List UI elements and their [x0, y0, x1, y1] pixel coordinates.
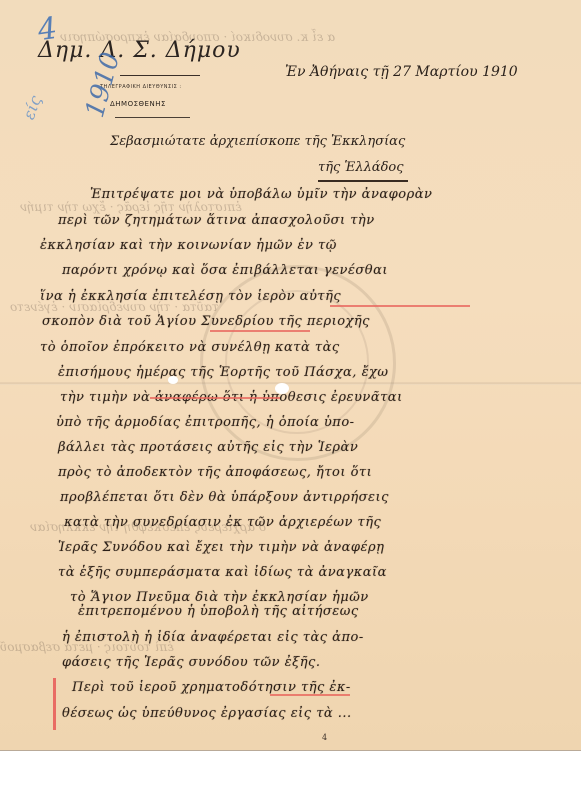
red-underline: [330, 305, 470, 307]
bleed-through-text: ἐπιστολὴν τῆς ἱερᾶς · ἔχω τὴν τιμήν: [20, 200, 242, 214]
letterhead-name: Δημ. Λ. Σ. Δήμου: [38, 38, 241, 63]
body-line: περὶ τῶν ζητημάτων ἅτινα ἀπασχολοῦσι τὴν: [58, 213, 375, 228]
body-line: ἡ ἐπιστολὴ ἡ ἰδία ἀναφέρεται εἰς τὰς ἀπο…: [62, 630, 364, 645]
body-line: τὸ ὁποῖον ἐπρόκειτο νὰ συνέλθῃ κατὰ τὰς: [40, 340, 340, 355]
red-margin-mark: [53, 678, 56, 730]
body-line: ἐκκλησίαν καὶ τὴν κοινωνίαν ἡμῶν ἐν τῷ: [40, 238, 337, 253]
body-line: θέσεως ὡς ὑπεύθυνος ἐργασίας εἰς τὰ ...: [62, 706, 352, 721]
body-line: ἐπιτρεπομένου ἡ ὑποβολὴ τῆς αἰτήσεως: [78, 604, 359, 619]
red-underline: [150, 397, 280, 399]
date-line: Ἐν Ἀθήναις τῇ 27 Μαρτίου 1910: [285, 64, 518, 80]
body-line: Ἱερᾶς Συνόδου καὶ ἔχει τὴν τιμὴν νὰ ἀναφ…: [58, 540, 384, 555]
body-line: βάλλει τὰς προτάσεις αὐτῆς εἰς τὴν Ἱερὰν: [58, 440, 358, 455]
blue-annotation-number: 4: [36, 11, 60, 48]
page-mark: 4: [322, 733, 327, 742]
body-line: ἐπισήμους ἡμέρας τῆς Ἑορτῆς τοῦ Πάσχα, ἔ…: [58, 365, 389, 380]
paper-hole: [275, 383, 289, 394]
body-line: φάσεις τῆς Ἱερᾶς συνόδου τῶν ἐξῆς.: [62, 655, 320, 670]
telegraphic-address: ΔΗΜΟΣΘΕΝΗΣ: [110, 100, 166, 108]
body-line: παρόντι χρόνῳ καὶ ὅσα ἐπιβάλλεται γενέσθ…: [62, 263, 388, 278]
addressee-line-2: τῆς Ἑλλάδος: [318, 160, 404, 175]
paper-hole: [168, 376, 178, 384]
red-underline: [210, 330, 310, 332]
body-line: Ἐπιτρέψατε μοι νὰ ὑποβάλω ὑμῖν τὴν ἀναφο…: [90, 187, 432, 202]
red-underline: [270, 694, 350, 696]
letter-page: α εἶ κ. συνοδικοί · σπουδαίαν ἐκπροσώπησ…: [0, 0, 581, 750]
letterhead-ornament: [115, 117, 190, 118]
body-line: πρὸς τὸ ἀποδεκτὸν τῆς ἀποφάσεως, ἤτοι ὅτ…: [58, 465, 372, 480]
body-line: τὰ ἑξῆς συμπεράσματα καὶ ἰδίως τὰ ἀναγκα…: [58, 565, 387, 580]
addressee-underline: [318, 180, 408, 182]
addressee-line-1: Σεβασμιώτατε ἀρχιεπίσκοπε τῆς Ἐκκλησίας: [110, 134, 405, 149]
body-line: τὸ Ἅγιον Πνεῦμα διὰ τὴν ἐκκλησίαν ἡμῶν: [70, 590, 369, 605]
body-line: Περὶ τοῦ ἱεροῦ χρηματοδότησιν τῆς ἐκ-: [72, 680, 351, 695]
body-line: ὑπὸ τῆς ἀρμοδίας ἐπιτροπῆς, ἡ ὁποία ὑπο-: [56, 415, 355, 430]
blue-annotation-note: είς: [19, 93, 45, 122]
watermark-seal-inner: [225, 290, 369, 434]
body-line: ἵνα ἡ ἐκκλησία ἐπιτελέσῃ τὸν ἱερὸν αὐτῆς: [40, 289, 341, 304]
body-line: κατὰ τὴν συνεδρίασιν ἐκ τῶν ἀρχιερέων τῆ…: [64, 515, 381, 530]
letterhead-rule: [120, 75, 200, 76]
body-line: προβλέπεται ὅτι δὲν θὰ ὑπάρξουν ἀντιρρήσ…: [60, 490, 389, 505]
body-line: σκοπὸν διὰ τοῦ Ἁγίου Συνεδρίου τῆς περιο…: [42, 314, 370, 329]
